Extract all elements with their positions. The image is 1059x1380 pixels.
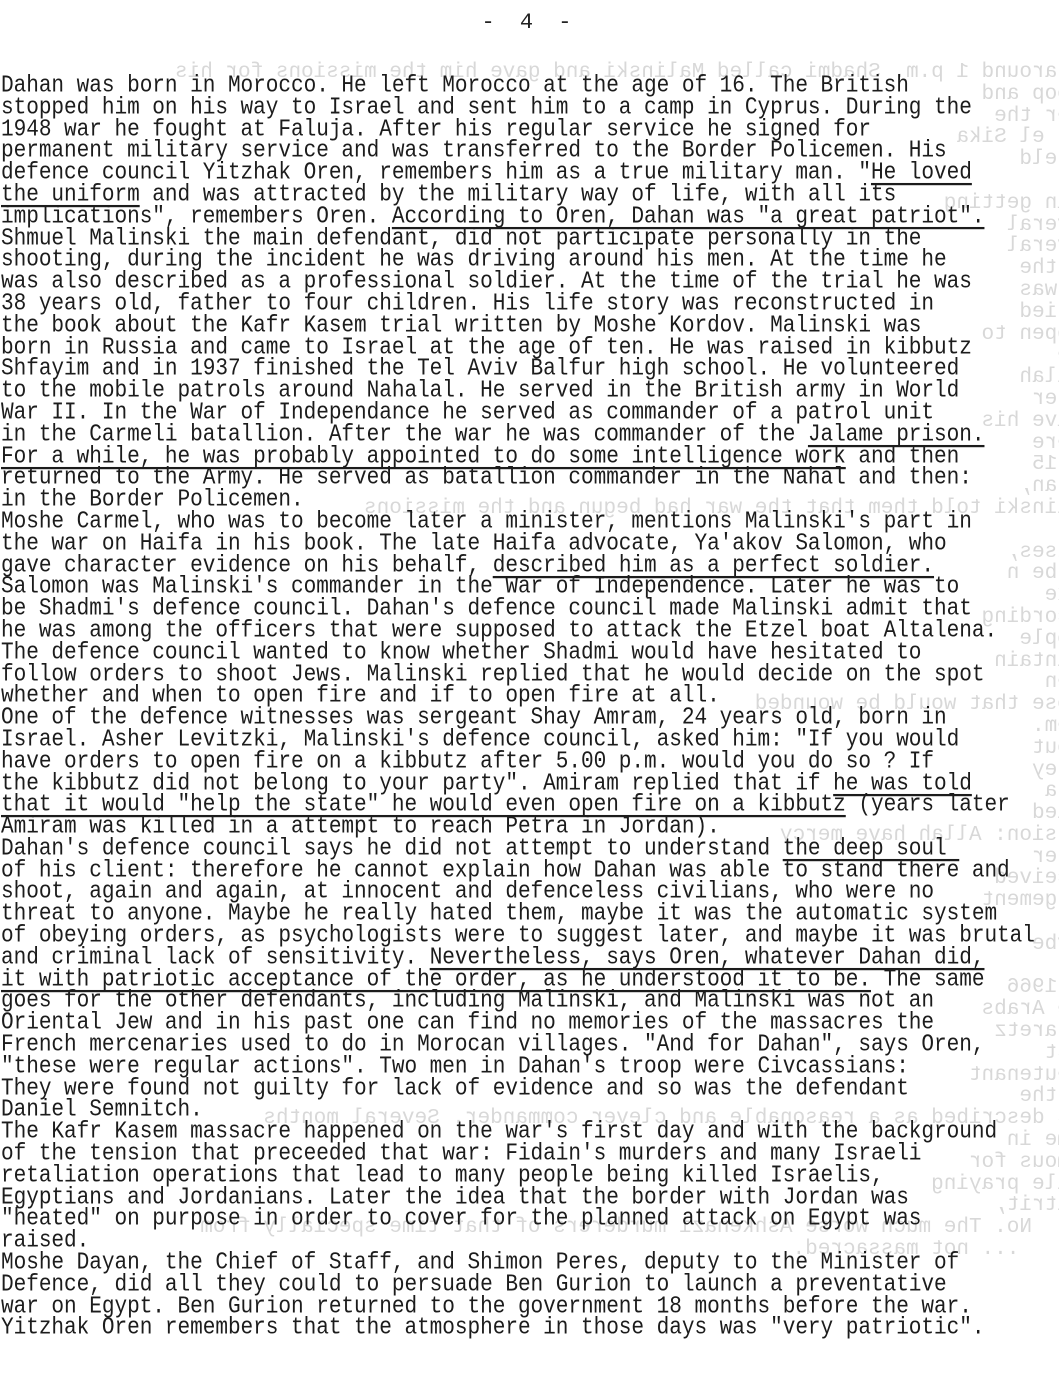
text-line: Yitzhak Oren remembers that the atmosphe… [1,1317,1059,1341]
page-number: - 4 - [0,10,1059,35]
text-segment: (years later [846,792,1010,819]
text-segment: Yitzhak Oren remembers that the atmosphe… [1,1315,984,1342]
document-body: Dahan was born in Morocco. He left Moroc… [1,76,1059,1340]
